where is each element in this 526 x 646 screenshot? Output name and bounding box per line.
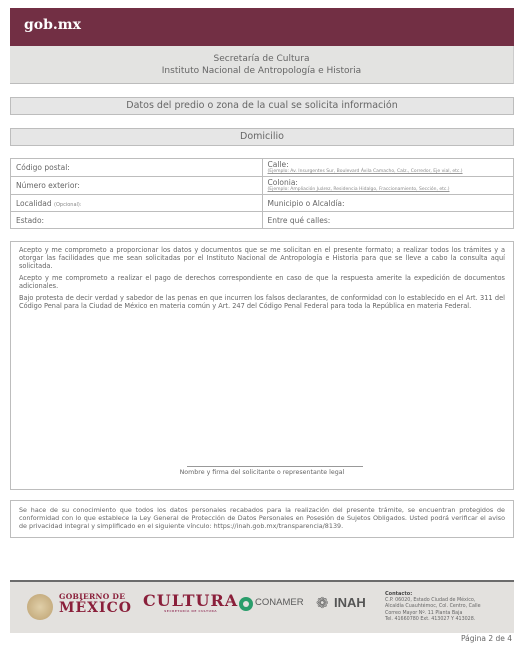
institution-line-1: Secretaría de Cultura [10,53,513,65]
footer: GOBIERNO DE MÉXICO CULTURA SECRETARÍA DE… [10,580,514,633]
mexico-emblem-icon [27,594,53,620]
codigo-postal-field[interactable]: Código postal: [11,159,263,177]
conamer-logo: CONAMER [255,597,304,608]
cultura-logo-text: CULTURA [143,591,238,610]
colonia-hint: (Ejemplo: Ampliación Juárez, Residencia … [268,187,509,193]
localidad-label: Localidad [16,199,52,208]
localidad-optional: (Opcional): [54,202,82,208]
gobmx-logo[interactable]: gob.mx [24,17,81,33]
institution-banner: Secretaría de Cultura Instituto Nacional… [10,46,514,84]
estado-field[interactable]: Estado: [11,212,263,229]
calle-field[interactable]: Calle: (Ejemplo: Av. Insurgentes Sur, Bo… [262,159,514,177]
consent-paragraph-1: Acepto y me comprometo a proporcionar lo… [19,246,505,270]
institution-line-2: Instituto Nacional de Antropología e His… [10,65,513,77]
gob-logo-line-2: MÉXICO [59,601,132,616]
contact-title: Contacto: [385,591,412,597]
header-bar: gob.mx [10,8,514,46]
signature-label: Nombre y firma del solicitante o represe… [10,469,514,476]
consent-box: Acepto y me comprometo a proporcionar lo… [10,241,514,490]
conamer-icon [239,597,253,611]
cultura-logo: CULTURA SECRETARÍA DE CULTURA [143,592,238,614]
contact-line: Tel. 41660780 Ext. 413027 Y 413028. [385,617,475,622]
consent-paragraph-2: Acepto y me comprometo a realizar el pag… [19,274,505,290]
calle-hint: (Ejemplo: Av. Insurgentes Sur, Boulevard… [268,169,509,175]
page-number: Página 2 de 4 [461,634,512,643]
numero-exterior-field[interactable]: Número exterior: [11,177,263,195]
numero-exterior-label: Número exterior: [16,181,257,190]
calle-label: Calle: [268,160,509,169]
contact-line: Correo Mayor Nº. 11 Planta Baja [385,611,462,616]
privacy-notice: Se hace de su conocimiento que todos los… [10,500,514,538]
colonia-label: Colonia: [268,178,509,187]
consent-paragraph-3: Bajo protesta de decir verdad y sabedor … [19,294,505,310]
municipio-field[interactable]: Municipio o Alcaldía: [262,195,514,212]
contact-line: C.P. 06020, Estado Ciudad de México, [385,598,475,603]
localidad-field[interactable]: Localidad (Opcional): [11,195,263,212]
gobierno-de-mexico-logo: GOBIERNO DE MÉXICO [59,592,132,616]
entre-calles-label: Entre qué calles: [268,216,331,225]
colonia-field[interactable]: Colonia: (Ejemplo: Ampliación Juárez, Re… [262,177,514,195]
section-predio-title: Datos del predio o zona de la cual se so… [10,97,514,115]
section-domicilio-title: Domicilio [10,128,514,146]
estado-label: Estado: [16,216,44,225]
contact-line: Alcaldía Cuauhtémoc, Col. Centro, Calle [385,604,481,609]
signature-line[interactable] [187,466,363,467]
inah-logo: INAH [334,595,366,610]
codigo-postal-label: Código postal: [16,163,257,172]
contact-info: Contacto: C.P. 06020, Estado Ciudad de M… [385,591,481,623]
inah-flower-icon: ❁ [316,594,329,612]
entre-calles-field[interactable]: Entre qué calles: [262,212,514,229]
municipio-label: Municipio o Alcaldía: [268,199,345,208]
address-table: Código postal: Calle: (Ejemplo: Av. Insu… [10,158,514,229]
